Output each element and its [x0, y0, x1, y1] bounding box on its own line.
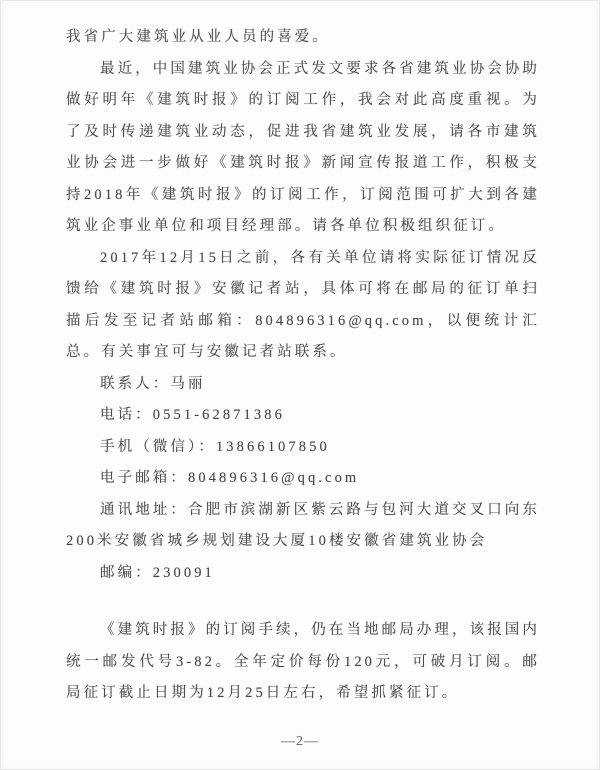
- page-number: —2—: [281, 734, 319, 749]
- postcode-line: 邮编：230091: [66, 558, 540, 590]
- scanned-document-page: 我省广大建筑业从业人员的喜爱。最近，中国建筑业协会正式发文要求各省建筑业协会协助…: [0, 0, 600, 770]
- continuation-line: 我省广大建筑业从业人员的喜爱。: [66, 22, 540, 54]
- document-body: 我省广大建筑业从业人员的喜爱。最近，中国建筑业协会正式发文要求各省建筑业协会协助…: [66, 22, 540, 710]
- paragraph-subscription-notice: 最近，中国建筑业协会正式发文要求各省建筑业协会协助做好明年《建筑时报》的订阅工作…: [66, 54, 540, 243]
- paragraph-feedback-deadline: 2017年12月15日之前，各有关单位请将实际征订情况反馈给《建筑时报》安徽记者…: [66, 243, 540, 369]
- mailing-address-line: 通讯地址：合肥市滨湖新区紫云路与包河大道交叉口向东200米安徽省城乡规划建设大厦…: [66, 495, 540, 558]
- paragraph-post-office-subscription: 《建筑时报》的订阅手续，仍在当地邮局办理，该报国内统一邮发代号3-82。全年定价…: [66, 615, 540, 710]
- email-line: 电子邮箱：804896316@qq.com: [66, 463, 540, 495]
- contact-person-line: 联系人：马丽: [66, 369, 540, 401]
- phone-line: 电话：0551-62871386: [66, 400, 540, 432]
- mobile-wechat-line: 手机（微信）：13866107850: [66, 432, 540, 464]
- page-footer: —2—: [0, 732, 600, 750]
